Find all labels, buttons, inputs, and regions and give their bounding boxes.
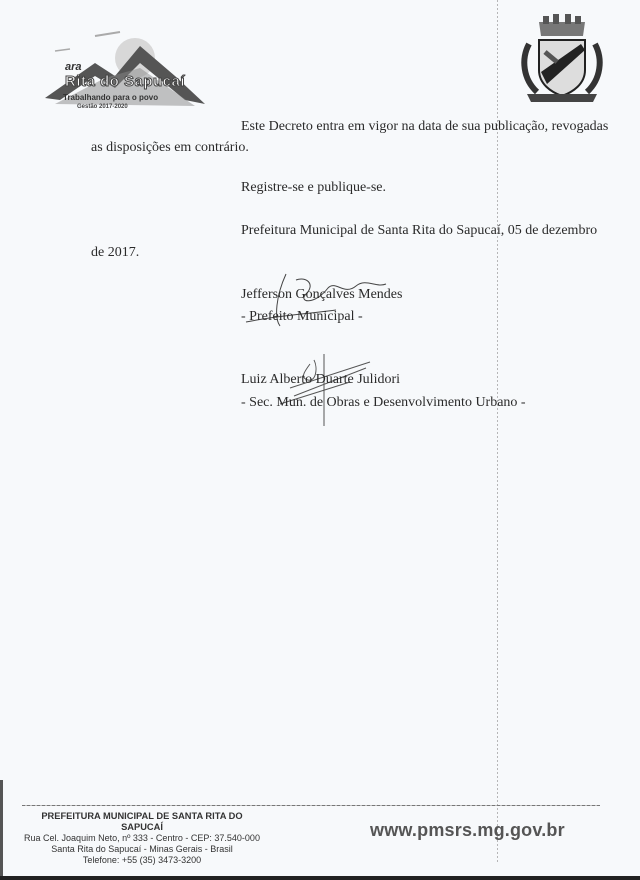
decree-paragraph-line-1: Este Decreto entra em vigor na data de s… <box>241 119 608 135</box>
coat-of-arms-icon <box>517 14 607 106</box>
scan-edge-bottom <box>0 876 640 880</box>
logo-motto: Trabalhando para o povo <box>63 93 158 102</box>
signature-secretary-icon <box>270 348 390 428</box>
footer-divider <box>22 805 600 806</box>
footer-phone: Telefone: +55 (35) 3473-3200 <box>22 855 262 866</box>
footer-address-block: PREFEITURA MUNICIPAL DE SANTA RITA DO SA… <box>22 811 262 866</box>
scan-edge <box>0 780 3 880</box>
footer-organization: PREFEITURA MUNICIPAL DE SANTA RITA DO SA… <box>22 811 262 833</box>
place-date-line-1: Prefeitura Municipal de Santa Rita do Sa… <box>241 223 597 239</box>
place-date-line-2: de 2017. <box>91 245 139 261</box>
footer-city-state: Santa Rita do Sapucaí - Minas Gerais - B… <box>22 844 262 855</box>
secretary-title: - Sec. Mun. de Obras e Desenvolvimento U… <box>241 395 526 411</box>
logo-prefix: ara <box>65 61 82 73</box>
logo-term: Gestão 2017-2020 <box>77 104 128 110</box>
administration-logo: ara Rita do Sapucaí Trabalhando para o p… <box>35 18 215 110</box>
decree-paragraph-line-2: as disposições em contrário. <box>91 140 249 156</box>
register-publish-text: Registre-se e publique-se. <box>241 180 386 196</box>
secretary-name: Luiz Alberto Duarte Julidori <box>241 372 400 388</box>
logo-city-name: Rita do Sapucaí <box>65 73 185 90</box>
mayor-title: - Prefeito Municipal - <box>241 309 363 325</box>
footer-address: Rua Cel. Joaquim Neto, nº 333 - Centro -… <box>22 833 262 844</box>
mayor-name: Jefferson Gonçalves Mendes <box>241 287 402 303</box>
document-page: ara Rita do Sapucaí Trabalhando para o p… <box>0 0 640 880</box>
footer-website-link[interactable]: www.pmsrs.mg.gov.br <box>370 820 565 841</box>
